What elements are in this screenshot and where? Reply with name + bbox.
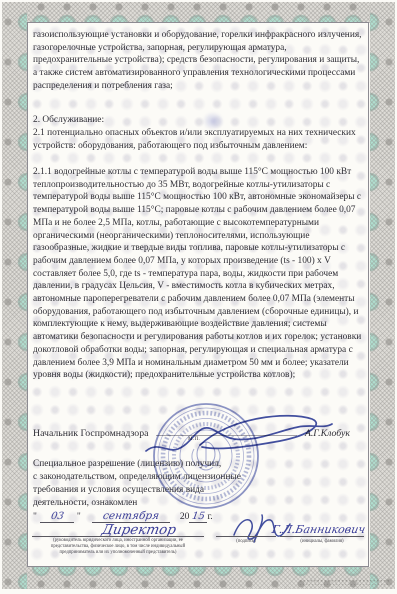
acknowledgement-line: требования и условия осуществления вида — [33, 484, 241, 497]
continuation-paragraph: газоиспользующие установки и оборудовани… — [33, 29, 362, 93]
acknowledgement-line: деятельности, ознакомлен — [33, 497, 241, 510]
acknowledgement-line: Специальное разрешение (лицензию) получи… — [33, 458, 241, 471]
guilloche-border-left — [2, 2, 27, 589]
open-quote: " — [30, 511, 40, 522]
name-caption: (инициалы, фамилия) — [274, 539, 370, 545]
date-year-field: 15 — [189, 511, 207, 523]
handwritten-recipient-name: Г.Л.Банникович — [271, 523, 367, 536]
license-document-page: газоиспользующие установки и оборудовани… — [0, 0, 397, 594]
acknowledgement-line: с законодательством, определяющим лиценз… — [33, 471, 241, 484]
handwritten-month: сентября — [102, 510, 160, 522]
recipient-caption: (руководитель юридического лица, иностра… — [28, 538, 208, 556]
printer-imprint — [300, 580, 390, 585]
official-title: Начальник Госпромнадзора — [33, 428, 148, 439]
guilloche-border-right — [370, 2, 395, 589]
recipient-caption-line: предприниматель или их уполномоченный пр… — [28, 550, 208, 556]
recipient-name-line — [280, 536, 364, 537]
year-era: г. — [207, 511, 212, 522]
clause-2-1: 2.1 потенциально опасных объектов и/или … — [33, 127, 362, 152]
recipient-signature-line — [216, 536, 276, 537]
recipient-position-line — [32, 536, 204, 537]
handwritten-day: 03 — [50, 511, 64, 522]
ink-bleed-smudge — [198, 108, 228, 134]
clause-2-1-1: 2.1.1 водогрейные котлы с температурой в… — [33, 166, 362, 382]
date-day-field: 03 — [40, 511, 74, 523]
document-inner-sheet: газоиспользующие установки и оборудовани… — [27, 22, 369, 567]
official-signature-stroke — [136, 403, 346, 463]
guilloche-border-bottom — [2, 567, 395, 589]
year-century: 20 — [180, 511, 190, 522]
handwritten-year: 15 — [191, 511, 205, 522]
guilloche-border-top — [2, 2, 395, 23]
acknowledgement-block: Специальное разрешение (лицензию) получи… — [33, 458, 241, 510]
signature-caption: (подпись) — [214, 539, 278, 545]
close-quote: " — [74, 511, 84, 522]
